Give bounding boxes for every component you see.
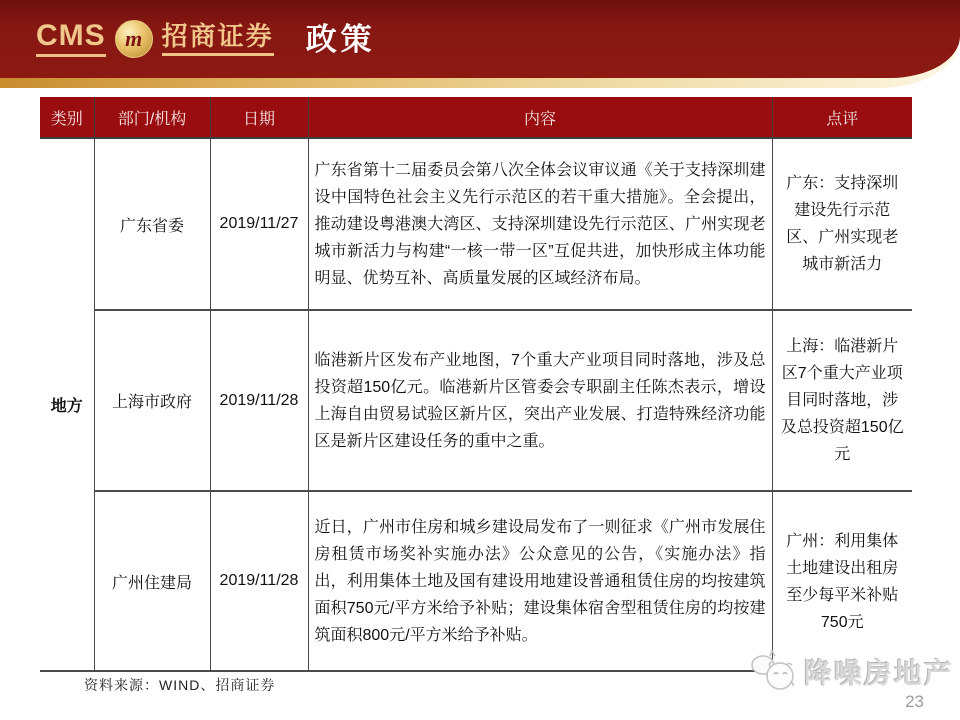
org-cell: 广州住建局 (94, 491, 210, 671)
table-row: 地方 广东省委 2019/11/27 广东省第十二届委员会第八次全体会议审议通《… (40, 138, 912, 310)
comment-cell: 上海：临港新片区7个重大产业项目同时落地，涉及总投资超150亿元 (772, 310, 912, 491)
date-cell: 2019/11/27 (210, 138, 308, 310)
logo-group: CMS m 招商证券 政策 (0, 20, 376, 58)
brand-name: 招商证券 (162, 23, 274, 56)
content-cell: 近日，广州市住房和城乡建设局发布了一则征求《广州市发展住房租赁市场奖补实施办法》… (308, 491, 772, 671)
mascot-cloud-icon (750, 650, 802, 694)
comment-cell: 广州：利用集体土地建设出租房至少每平米补贴750元 (772, 491, 912, 671)
table-row: 上海市政府 2019/11/28 临港新片区发布产业地图，7个重大产业项目同时落… (40, 310, 912, 491)
content-cell: 广东省第十二届委员会第八次全体会议审议通《关于支持深圳建设中国特色社会主义先行示… (308, 138, 772, 310)
org-cell: 广东省委 (94, 138, 210, 310)
column-header-content: 内容 (308, 97, 772, 138)
date-cell: 2019/11/28 (210, 310, 308, 491)
category-cell: 地方 (40, 138, 94, 671)
header-banner: CMS m 招商证券 政策 (0, 0, 960, 78)
source-note: 资料来源：WIND、招商证券 (84, 675, 275, 695)
date-cell: 2019/11/28 (210, 491, 308, 671)
column-header-category: 类别 (40, 97, 94, 138)
cms-logo-text: CMS (36, 21, 106, 57)
table-header-row: 类别 部门/机构 日期 内容 点评 (40, 97, 912, 138)
column-header-comment: 点评 (772, 97, 912, 138)
policy-table: 类别 部门/机构 日期 内容 点评 地方 广东省委 2019/11/27 广东省… (40, 97, 912, 672)
comment-cell: 广东：支持深圳建设先行示范区、广州实现老城市新活力 (772, 138, 912, 310)
column-header-org: 部门/机构 (94, 97, 210, 138)
cms-logo-badge-icon: m (115, 20, 153, 58)
table-row: 广州住建局 2019/11/28 近日，广州市住房和城乡建设局发布了一则征求《广… (40, 491, 912, 671)
page-title: 政策 (306, 24, 376, 55)
org-cell: 上海市政府 (94, 310, 210, 491)
watermark-text: 降噪房地产 (804, 652, 954, 692)
watermark: 降噪房地产 (750, 650, 954, 694)
content-cell: 临港新片区发布产业地图，7个重大产业项目同时落地，涉及总投资超150亿元。临港新… (308, 310, 772, 491)
column-header-date: 日期 (210, 97, 308, 138)
page-number: 23 (905, 692, 924, 712)
